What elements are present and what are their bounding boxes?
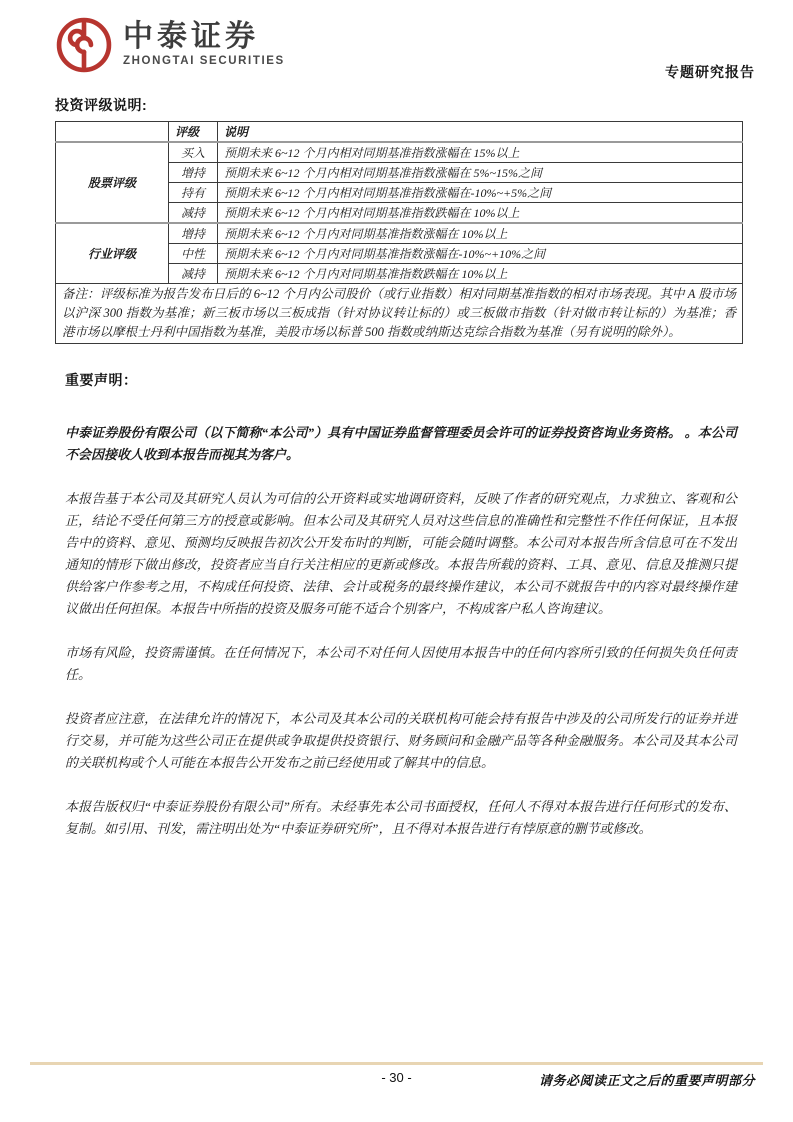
rating-cell: 减持 bbox=[169, 264, 218, 284]
zhongtai-logo: 中泰证券 ZHONGTAI SECURITIES bbox=[55, 16, 755, 74]
statement-paragraph: 市场有风险，投资需谨慎。在任何情况下，本公司不对任何人因使用本报告中的任何内容所… bbox=[65, 642, 737, 686]
table-row: 股票评级 买入 预期未来 6~12 个月内相对同期基准指数涨幅在 15%以上 bbox=[56, 142, 743, 163]
description-cell: 预期未来 6~12 个月内对同期基准指数跌幅在 10%以上 bbox=[218, 264, 743, 284]
report-type-label: 专题研究报告 bbox=[665, 62, 755, 82]
statement-paragraph: 中泰证券股份有限公司（以下简称“本公司”）具有中国证券监督管理委员会许可的证券投… bbox=[65, 422, 737, 466]
page-header: 中泰证券 ZHONGTAI SECURITIES 专题研究报告 bbox=[55, 16, 755, 86]
rating-section-title: 投资评级说明: bbox=[55, 95, 743, 115]
statement-title: 重要声明： bbox=[65, 370, 737, 390]
rating-cell: 增持 bbox=[169, 163, 218, 183]
statement-paragraph: 本报告版权归“中泰证券股份有限公司”所有。未经事先本公司书面授权，任何人不得对本… bbox=[65, 796, 737, 840]
statement-section: 重要声明： 中泰证券股份有限公司（以下简称“本公司”）具有中国证券监督管理委员会… bbox=[65, 370, 737, 862]
description-cell: 预期未来 6~12 个月内相对同期基准指数涨幅在 15%以上 bbox=[218, 142, 743, 163]
logo-en-text: ZHONGTAI SECURITIES bbox=[123, 56, 285, 68]
rating-header-cell: 评级 bbox=[169, 122, 218, 143]
footer-row: - 30 - 请务必阅读正文之后的重要声明部分 bbox=[0, 1070, 793, 1092]
rating-cell: 持有 bbox=[169, 183, 218, 203]
zhongtai-logo-icon bbox=[55, 16, 113, 74]
page-footer: - 30 - 请务必阅读正文之后的重要声明部分 bbox=[0, 1058, 793, 1098]
rating-section: 投资评级说明: 评级 说明 股票评级 买入 预期未来 6~12 个月内相对同期基… bbox=[55, 95, 743, 344]
description-cell: 预期未来 6~12 个月内相对同期基准指数涨幅在 5%~15%之间 bbox=[218, 163, 743, 183]
group-name-cell: 股票评级 bbox=[56, 142, 169, 223]
description-cell: 预期未来 6~12 个月内相对同期基准指数跌幅在 10%以上 bbox=[218, 203, 743, 224]
rating-table: 评级 说明 股票评级 买入 预期未来 6~12 个月内相对同期基准指数涨幅在 1… bbox=[55, 121, 743, 344]
report-page: 中泰证券 ZHONGTAI SECURITIES 专题研究报告 投资评级说明: … bbox=[0, 0, 793, 1122]
description-cell: 预期未来 6~12 个月内对同期基准指数涨幅在-10%~+10%之间 bbox=[218, 244, 743, 264]
table-header-row: 评级 说明 bbox=[56, 122, 743, 143]
statement-paragraph: 本报告基于本公司及其研究人员认为可信的公开资料或实地调研资料，反映了作者的研究观… bbox=[65, 488, 737, 620]
table-note-row: 备注：评级标准为报告发布日后的 6~12 个月内公司股价（或行业指数）相对同期基… bbox=[56, 284, 743, 344]
rating-cell: 买入 bbox=[169, 142, 218, 163]
logo-text: 中泰证券 ZHONGTAI SECURITIES bbox=[123, 22, 285, 68]
statement-paragraph: 投资者应注意，在法律允许的情况下，本公司及其本公司的关联机构可能会持有报告中涉及… bbox=[65, 708, 737, 774]
footer-divider bbox=[30, 1062, 763, 1065]
rating-note: 备注：评级标准为报告发布日后的 6~12 个月内公司股价（或行业指数）相对同期基… bbox=[56, 284, 743, 344]
footer-notice: 请务必阅读正文之后的重要声明部分 bbox=[539, 1070, 755, 1089]
description-header-cell: 说明 bbox=[218, 122, 743, 143]
group-name-cell: 行业评级 bbox=[56, 223, 169, 284]
rating-cell: 减持 bbox=[169, 203, 218, 224]
description-cell: 预期未来 6~12 个月内对同期基准指数涨幅在 10%以上 bbox=[218, 223, 743, 244]
empty-header-cell bbox=[56, 122, 169, 143]
logo-cn-text: 中泰证券 bbox=[123, 22, 285, 52]
table-row: 行业评级 增持 预期未来 6~12 个月内对同期基准指数涨幅在 10%以上 bbox=[56, 223, 743, 244]
description-cell: 预期未来 6~12 个月内相对同期基准指数涨幅在-10%~+5%之间 bbox=[218, 183, 743, 203]
rating-cell: 中性 bbox=[169, 244, 218, 264]
rating-cell: 增持 bbox=[169, 223, 218, 244]
